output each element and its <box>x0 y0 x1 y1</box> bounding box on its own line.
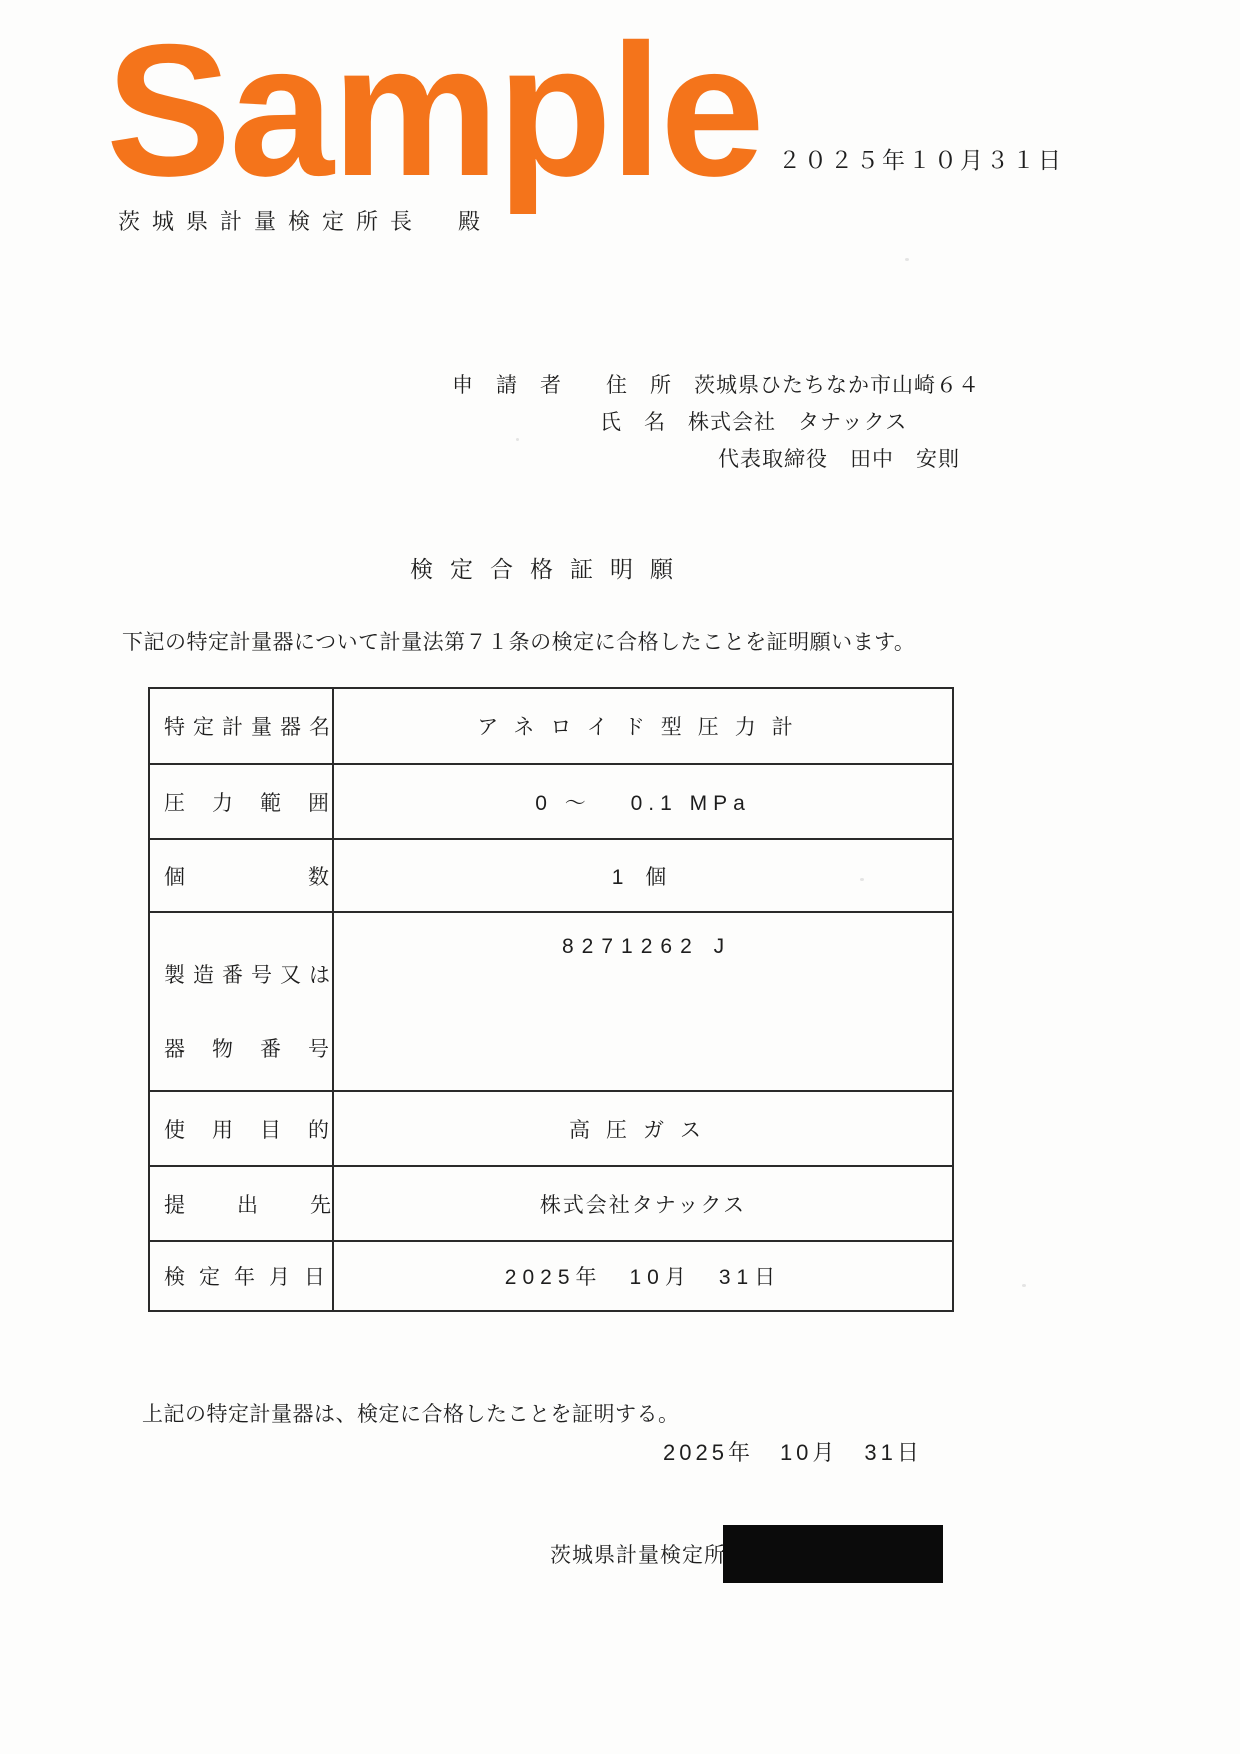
purpose-value: 高圧ガス <box>333 1091 953 1166</box>
serial-number-label-line1: 製造番号又は <box>164 959 331 989</box>
applicant-name-line: 氏 名 株式会社 タナックス <box>600 406 907 436</box>
pressure-range-value: 0 ～ 0.1 MPa <box>333 764 953 839</box>
scan-speck <box>516 438 519 441</box>
table-row: 使用目的 高圧ガス <box>149 1091 953 1166</box>
quantity-value: 1 個 <box>333 839 953 912</box>
meter-name-label: 特定計量器名 <box>149 688 333 764</box>
serial-number-value: 8271262 J <box>333 912 953 1091</box>
applicant-representative-line: 代表取締役 田中 安則 <box>718 443 960 473</box>
submission-destination-value: 株式会社タナックス <box>333 1166 953 1241</box>
table-row: 個数 1 個 <box>149 839 953 912</box>
sample-watermark: Sample <box>106 16 763 204</box>
signature-redaction-box <box>723 1525 943 1583</box>
certification-date: 2025年 10月 31日 <box>663 1436 923 1467</box>
certification-statement: 上記の特定計量器は、検定に合格したことを証明する。 <box>142 1398 680 1428</box>
lead-sentence: 下記の特定計量器について計量法第７１条の検定に合格したことを証明願います。 <box>122 626 915 656</box>
purpose-label: 使用目的 <box>149 1091 333 1166</box>
scan-speck <box>1022 1284 1026 1287</box>
document-page: Sample ２０２５年１０月３１日 茨城県計量検定所長 殿 申 請 者 住 所… <box>0 0 1240 1754</box>
meter-name-value: アネロイド型圧力計 <box>333 688 953 764</box>
table-row: 検定年月日 2025年 10月 31日 <box>149 1241 953 1311</box>
inspection-date-value: 2025年 10月 31日 <box>333 1241 953 1311</box>
table-row: 製造番号又は 器物番号 8271262 J <box>149 912 953 1091</box>
submission-destination-label: 提出先 <box>149 1166 333 1241</box>
table-row: 特定計量器名 アネロイド型圧力計 <box>149 688 953 764</box>
table-row: 提出先 株式会社タナックス <box>149 1166 953 1241</box>
certificate-table: 特定計量器名 アネロイド型圧力計 圧力範囲 0 ～ 0.1 MPa 個数 1 個… <box>148 687 954 1312</box>
pressure-range-label: 圧力範囲 <box>149 764 333 839</box>
signer-title: 茨城県計量検定所長 <box>550 1539 748 1569</box>
addressee-line: 茨城県計量検定所長 殿 <box>118 205 492 236</box>
table-row: 圧力範囲 0 ～ 0.1 MPa <box>149 764 953 839</box>
scan-speck <box>905 258 909 261</box>
scan-speck <box>860 878 864 881</box>
serial-number-label: 製造番号又は 器物番号 <box>149 912 333 1091</box>
quantity-label: 個数 <box>149 839 333 912</box>
inspection-date-label: 検定年月日 <box>149 1241 333 1311</box>
serial-number-label-line2: 器物番号 <box>164 1033 331 1063</box>
applicant-address-line: 申 請 者 住 所 茨城県ひたちなか市山崎６４ <box>452 369 980 399</box>
document-title: 検定合格証明願 <box>410 551 690 584</box>
issue-date: ２０２５年１０月３１日 <box>778 142 1064 175</box>
